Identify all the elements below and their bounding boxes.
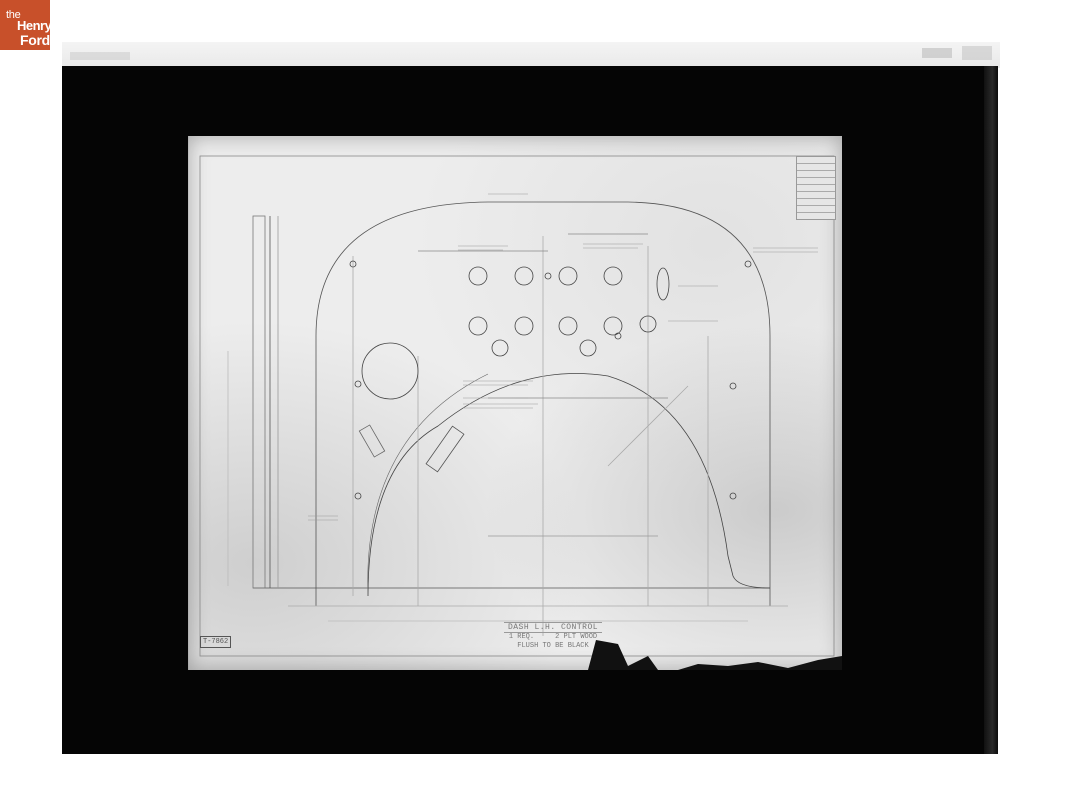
drawing-number: T-7862 — [200, 636, 231, 648]
logo-text-henry: Henry — [17, 18, 51, 33]
logo-text-ford: Ford — [20, 32, 50, 48]
drawing-title: DASH L.H. CONTROL — [504, 622, 602, 633]
torn-edge — [588, 636, 842, 670]
revision-table — [796, 156, 836, 220]
engineering-drawing-sheet: DASH L.H. CONTROL 1 REQ. 2 PLT WOOD FLUS… — [188, 136, 842, 670]
henry-ford-logo[interactable]: the Henry Ford — [0, 0, 50, 50]
drawing-quantity: 1 REQ. — [509, 633, 534, 641]
drawing-linework — [188, 136, 842, 670]
negative-top-margin — [62, 42, 1000, 68]
